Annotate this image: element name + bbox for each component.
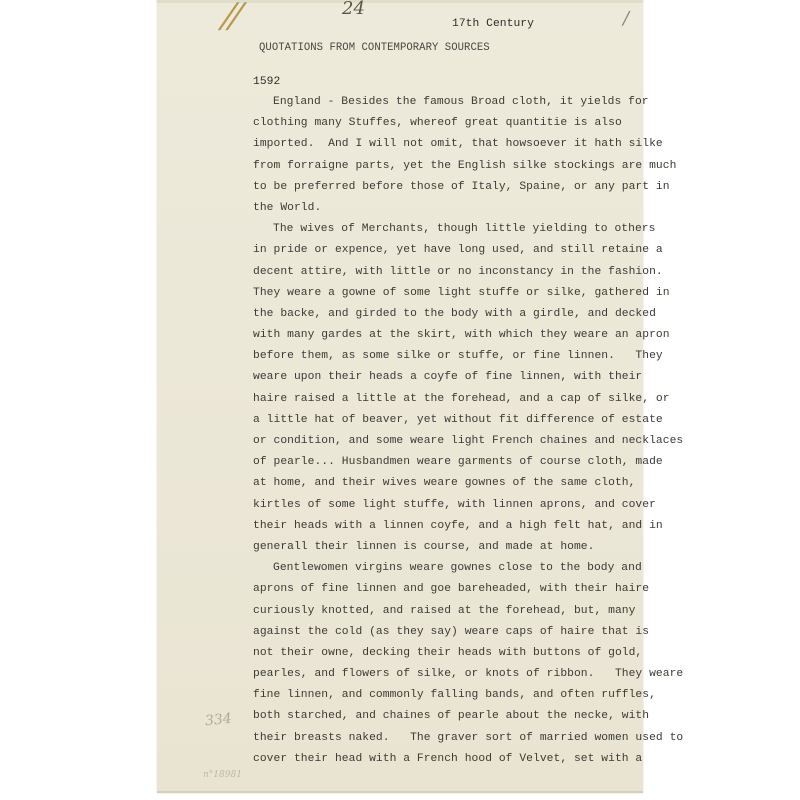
text-line: decent attire, with little or no inconst…: [253, 262, 683, 283]
century-header: 17th Century: [452, 14, 534, 35]
body-text: England - Besides the famous Broad cloth…: [253, 92, 683, 770]
text-line: clothing many Stuffes, whereof great qua…: [253, 113, 683, 134]
text-line: not their owne, decking their heads with…: [253, 643, 683, 664]
text-line: their heads with a linnen coyfe, and a h…: [253, 516, 683, 537]
text-line: with many gardes at the skirt, with whic…: [253, 325, 683, 346]
text-line: against the cold (as they say) weare cap…: [253, 622, 683, 643]
margin-annotation: 334: [204, 711, 232, 730]
text-line: pearles, and flowers of silke, or knots …: [253, 664, 683, 685]
text-line: Gentlewomen virgins weare gownes close t…: [253, 558, 683, 579]
text-line: generall their linnen is course, and mad…: [253, 537, 683, 558]
text-line: in pride or expence, yet have long used,…: [253, 240, 683, 261]
text-line: at home, and their wives weare gownes of…: [253, 473, 683, 494]
text-line: They weare a gowne of some light stuffe …: [253, 283, 683, 304]
text-line: imported. And I will not omit, that hows…: [253, 134, 683, 155]
text-line: cover their head with a French hood of V…: [253, 749, 683, 770]
pencil-tick-mark: /: [623, 8, 629, 29]
text-line: aprons of fine linnen and goe bareheaded…: [253, 579, 683, 600]
text-line: the World.: [253, 198, 683, 219]
text-line: the backe, and girded to the body with a…: [253, 304, 683, 325]
bottom-annotation: n°18981: [203, 770, 242, 780]
text-line: fine linnen, and commonly falling bands,…: [253, 685, 683, 706]
text-line: weare upon their heads a coyfe of fine l…: [253, 367, 683, 388]
text-line: to be preferred before those of Italy, S…: [253, 177, 683, 198]
text-line: a little hat of beaver, yet without fit …: [253, 410, 683, 431]
text-line: or condition, and some weare light Frenc…: [253, 431, 683, 452]
year-heading: 1592: [253, 72, 280, 93]
text-line: England - Besides the famous Broad cloth…: [253, 92, 683, 113]
text-line: their breasts naked. The graver sort of …: [253, 728, 683, 749]
text-line: both starched, and chaines of pearle abo…: [253, 706, 683, 727]
text-line: haire raised a little at the forehead, a…: [253, 389, 683, 410]
text-line: from forraigne parts, yet the English si…: [253, 156, 683, 177]
typewritten-page: // 24 / 17th Century QUOTATIONS FROM CON…: [157, 0, 643, 793]
handwritten-page-number: 24: [342, 0, 365, 19]
text-line: curiously knotted, and raised at the for…: [253, 601, 683, 622]
text-line: kirtles of some light stuffe, with linne…: [253, 495, 683, 516]
text-line: The wives of Merchants, though little yi…: [253, 219, 683, 240]
text-line: of pearle... Husbandmen weare garments o…: [253, 452, 683, 473]
text-line: before them, as some silke or stuffe, or…: [253, 346, 683, 367]
paper-bottom-edge: [157, 791, 643, 793]
document-title: QUOTATIONS FROM CONTEMPORARY SOURCES: [259, 38, 490, 59]
pencil-slash-marks: //: [219, 0, 241, 36]
